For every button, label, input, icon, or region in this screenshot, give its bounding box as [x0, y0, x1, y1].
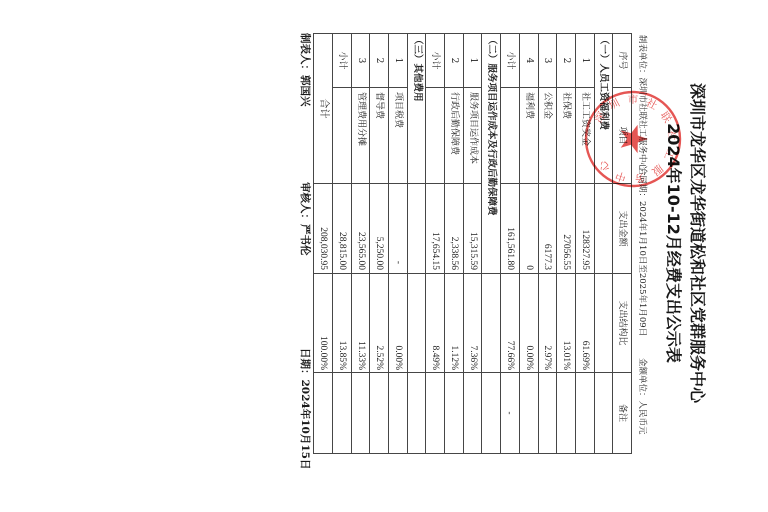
- row-ratio: 61.69%: [575, 274, 594, 373]
- total-row: 合计 208,030.95 100.00%: [314, 34, 333, 454]
- row-item: 公积金: [538, 88, 557, 184]
- row-item: 福利费: [519, 88, 538, 184]
- row-remark: [351, 373, 370, 454]
- section-title: （三）其他费用: [407, 34, 426, 184]
- section-remark: [407, 373, 426, 454]
- total-label: 合计: [314, 34, 333, 184]
- header-ratio: 支出结构比: [613, 274, 632, 373]
- subtotal-item: [333, 88, 352, 184]
- subtotal-row: 小计 17,654.15 8.49%: [426, 34, 445, 454]
- row-ratio: 0.00%: [389, 274, 408, 373]
- subtotal-remark: [333, 373, 352, 454]
- row-no: 3: [538, 34, 557, 88]
- row-remark: [370, 373, 389, 454]
- table-row: 3 管理费用分摊 23,565.00 11.33%: [351, 34, 370, 454]
- header-remark: 备注: [613, 373, 632, 454]
- subtotal-amount: 28,815.00: [333, 184, 352, 274]
- section-remark: [482, 373, 501, 454]
- row-ratio: 1.12%: [445, 274, 464, 373]
- row-no: 2: [370, 34, 389, 88]
- row-remark: [557, 373, 576, 454]
- section-title: （二）服务项目运作成本及行政后勤保障费: [482, 34, 501, 274]
- row-amount: 23,565.00: [351, 184, 370, 274]
- row-amount: 27056.55: [557, 184, 576, 274]
- row-ratio: 2.97%: [538, 274, 557, 373]
- row-ratio: 13.01%: [557, 274, 576, 373]
- section-remark: [594, 373, 613, 454]
- row-amount: 6177.3: [538, 184, 557, 274]
- row-no: 1: [575, 34, 594, 88]
- section-ratio: [407, 274, 426, 373]
- table-row: 1 服务项目运作成本 15,315.59 7.36%: [463, 34, 482, 454]
- subtotal-label: 小计: [426, 34, 445, 88]
- document-date: 日期：2024年10月15日: [299, 348, 311, 469]
- row-no: 2: [445, 34, 464, 88]
- table-row: 2 社保费 27056.55 13.01%: [557, 34, 576, 454]
- row-amount: 0: [519, 184, 538, 274]
- row-remark: [463, 373, 482, 454]
- section-amount: [594, 184, 613, 274]
- subtotal-label: 小计: [333, 34, 352, 88]
- row-ratio: 2.52%: [370, 274, 389, 373]
- row-item: 督导费: [370, 88, 389, 184]
- row-remark: [445, 373, 464, 454]
- section-amount: [407, 184, 426, 274]
- subtotal-ratio: 77.66%: [501, 274, 520, 373]
- row-item: 管理费用分摊: [351, 88, 370, 184]
- section-ratio: [594, 274, 613, 373]
- subtotal-amount: 17,654.15: [426, 184, 445, 274]
- row-ratio: 11.33%: [351, 274, 370, 373]
- table-row: 3 公积金 6177.3 2.97%: [538, 34, 557, 454]
- row-item: 服务项目运作成本: [463, 88, 482, 184]
- star-icon: [621, 125, 648, 154]
- row-ratio: 0.00%: [519, 274, 538, 373]
- section-ratio: [482, 274, 501, 373]
- subtotal-item: [426, 88, 445, 184]
- currency-unit: 金额单位：人民币元: [637, 358, 647, 435]
- section-row: （二）服务项目运作成本及行政后勤保障费: [482, 34, 501, 454]
- subtotal-remark: [426, 373, 445, 454]
- official-seal-stamp: 深圳市社联社工服务中心: [583, 89, 683, 189]
- table-row: 2 行政后勤保障费 2,338.56 1.12%: [445, 34, 464, 454]
- row-no: 1: [389, 34, 408, 88]
- row-amount: 2,338.56: [445, 184, 464, 274]
- document-title: 深圳市龙华区龙华街道松和社区党群服务中心: [687, 33, 707, 453]
- header-no: 序号: [613, 34, 632, 88]
- reviewed-by: 审核人：严书伦: [299, 182, 311, 256]
- row-remark: [519, 373, 538, 454]
- subtotal-row: 小计 28,815.00 13.85%: [333, 34, 352, 454]
- row-no: 3: [351, 34, 370, 88]
- subtotal-remark: -: [501, 373, 520, 454]
- subtotal-item: [501, 88, 520, 184]
- subtotal-row: 小计 161,561.80 77.66% -: [501, 34, 520, 454]
- row-item: 项目税费: [389, 88, 408, 184]
- header-amount: 支出金额: [613, 184, 632, 274]
- row-remark: [575, 373, 594, 454]
- row-no: 2: [557, 34, 576, 88]
- row-amount: 15,315.59: [463, 184, 482, 274]
- prepared-by: 制表人：郭国兴: [299, 33, 311, 107]
- row-amount: -: [389, 184, 408, 274]
- row-remark: [389, 373, 408, 454]
- row-no: 4: [519, 34, 538, 88]
- subtotal-label: 小计: [501, 34, 520, 88]
- total-amount: 208,030.95: [314, 184, 333, 274]
- contract-period: 合同期：2024年1月10日至2025年1月09日: [637, 167, 647, 336]
- subtotal-ratio: 13.85%: [333, 274, 352, 373]
- row-item: 行政后勤保障费: [445, 88, 464, 184]
- subtotal-amount: 161,561.80: [501, 184, 520, 274]
- total-ratio: 100.00%: [314, 274, 333, 373]
- table-row: 2 督导费 5,250.00 2.52%: [370, 34, 389, 454]
- row-no: 1: [463, 34, 482, 88]
- subtotal-ratio: 8.49%: [426, 274, 445, 373]
- row-amount: 5,250.00: [370, 184, 389, 274]
- table-row: 4 福利费 0 0.00%: [519, 34, 538, 454]
- section-row: （三）其他费用: [407, 34, 426, 454]
- table-row: 1 项目税费 - 0.00%: [389, 34, 408, 454]
- row-amount: 128327.95: [575, 184, 594, 274]
- total-remark: [314, 373, 333, 454]
- row-ratio: 7.36%: [463, 274, 482, 373]
- row-remark: [538, 373, 557, 454]
- row-item: 社保费: [557, 88, 576, 184]
- expense-disclosure-document: 深圳市龙华区龙华街道松和社区党群服务中心 2024年10-12月经费支出公示表 …: [0, 0, 768, 512]
